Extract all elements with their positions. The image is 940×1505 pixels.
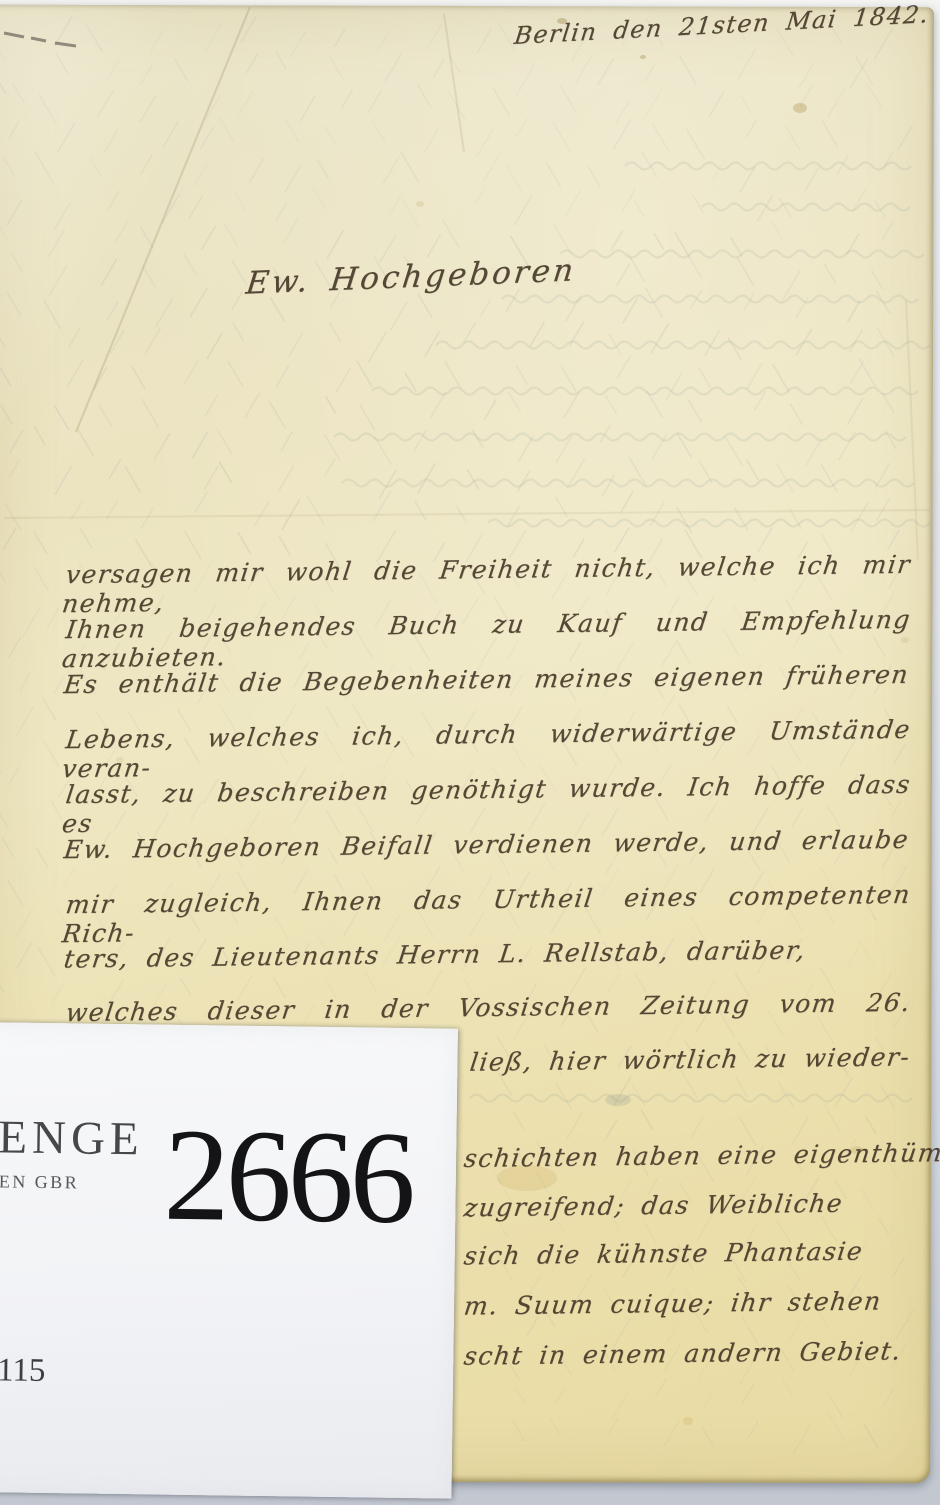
letter-quote-line: schichten haben eine eigenthüm- xyxy=(462,1139,940,1174)
letter-quote-line: sich die kühnste Phantasie xyxy=(462,1238,865,1272)
card-lot-number: 2666 xyxy=(163,1109,413,1244)
photo-of-letter: Berlin den 21sten Mai 1842. Ew. Hochgebo… xyxy=(0,0,940,1505)
auction-lot-card: ENGE EN GBR 2666 115 xyxy=(0,1022,458,1499)
letter-quote-line: m. Suum cuique; ihr stehen xyxy=(462,1287,883,1321)
card-logo-fragment: ENGE xyxy=(0,1114,144,1163)
card-corner-number: 115 xyxy=(0,1354,46,1388)
letter-quote-line: zugreifend; das Weibliche xyxy=(462,1190,845,1223)
card-company-fragment: EN GBR xyxy=(0,1172,79,1191)
letter-quote-line: scht in einem andern Gebiet. xyxy=(462,1337,903,1371)
letter-body-line: ließ, hier wörtlich zu wieder- xyxy=(468,1043,912,1077)
